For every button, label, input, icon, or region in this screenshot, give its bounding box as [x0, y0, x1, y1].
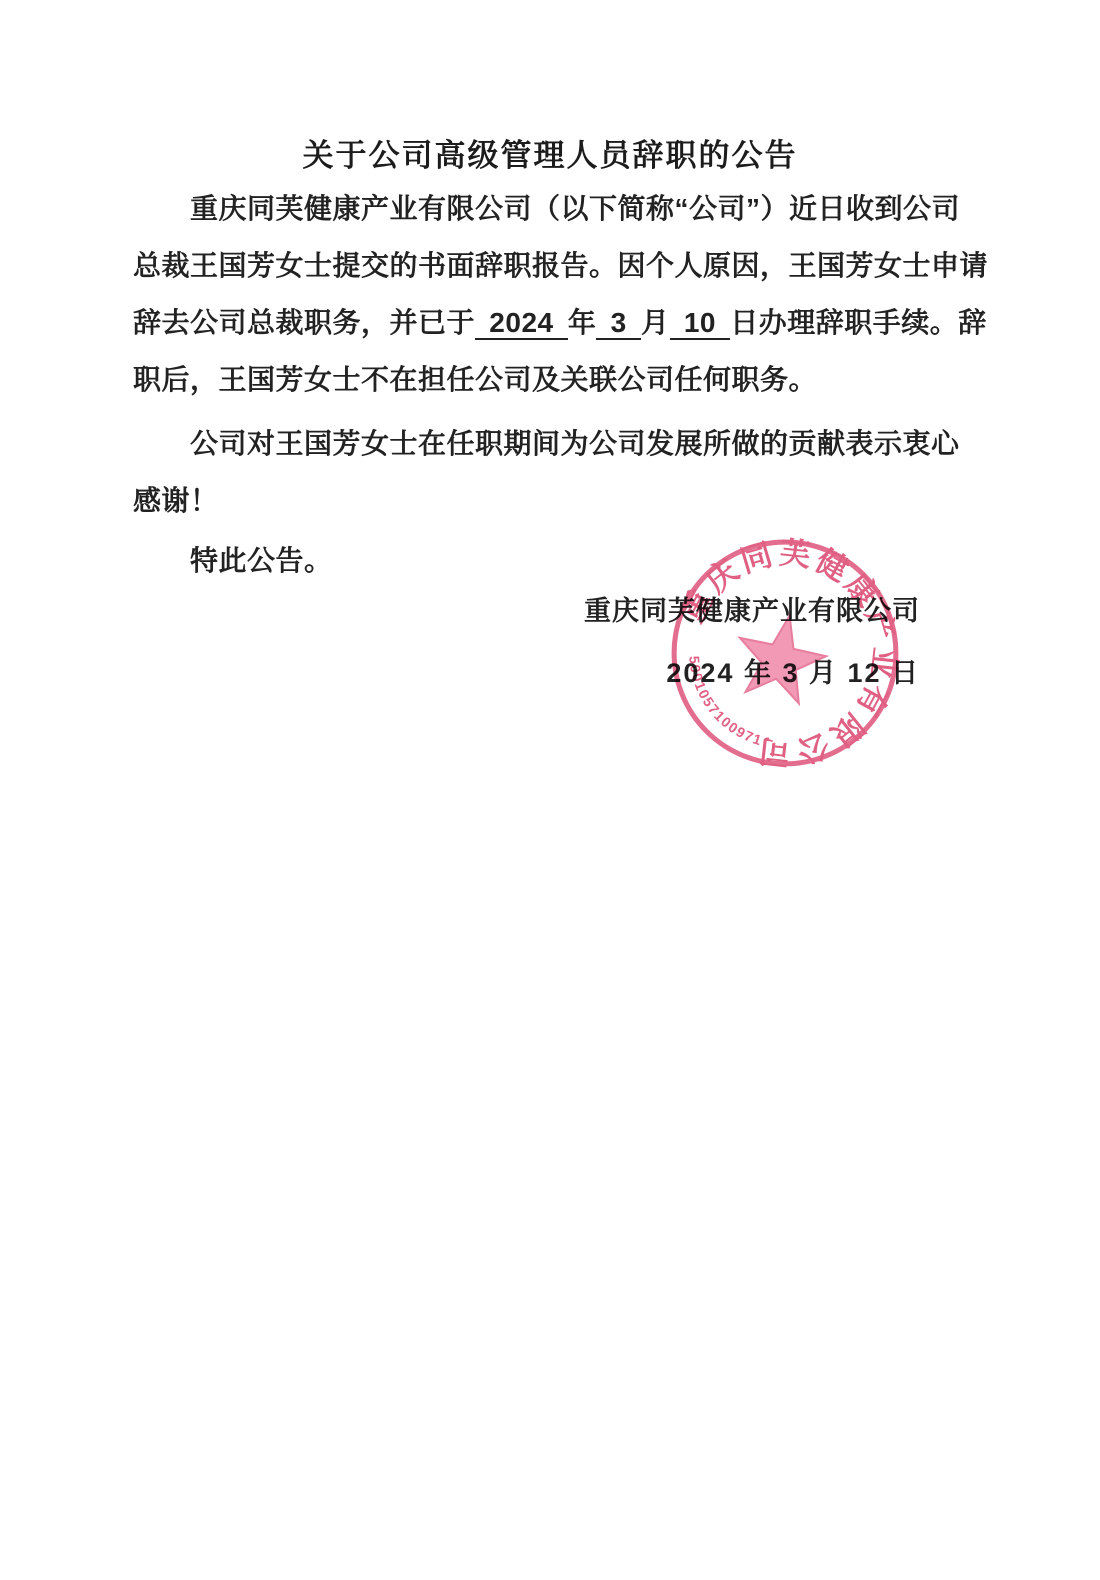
- underlined-value: 2024: [475, 307, 568, 340]
- doc-body: 重庆同芙健康产业有限公司（以下简称“公司”）近日收到公司总裁王国芳女士提交的书面…: [133, 180, 933, 589]
- signature-date: 2024 年 3 月 12 日: [584, 656, 920, 690]
- body-line: 职后，王国芳女士不在担任公司及关联公司任何职务。: [133, 351, 933, 408]
- signature-block: 重庆同芙健康产业有限公司 2024 年 3 月 12 日: [584, 594, 920, 690]
- body-text-segment: 公司对王国芳女士在任职期间为公司发展所做的贡献表示衷心: [133, 428, 960, 459]
- underlined-value: 3: [596, 307, 641, 340]
- body-line: 特此公告。: [133, 532, 933, 589]
- signature-company: 重庆同芙健康产业有限公司: [584, 594, 920, 628]
- body-text-segment: 月: [641, 307, 670, 338]
- body-text-segment: 日办理辞职手续。辞: [730, 307, 987, 338]
- body-text-segment: 感谢！: [133, 485, 219, 516]
- body-text-segment: 辞去公司总裁职务，并已于: [133, 307, 475, 338]
- body-text-segment: 职后，王国芳女士不在担任公司及关联公司任何职务。: [133, 364, 817, 395]
- body-line: 辞去公司总裁职务，并已于 2024 年 3 月 10 日办理辞职手续。辞: [133, 294, 933, 351]
- body-text-segment: 年: [568, 307, 597, 338]
- document-page: 关于公司高级管理人员辞职的公告 重庆同芙健康产业有限公司（以下简称“公司”）近日…: [0, 0, 1100, 1580]
- body-text-segment: 重庆同芙健康产业有限公司（以下简称“公司”）近日收到公司: [133, 193, 960, 224]
- body-text-segment: 特此公告。: [133, 545, 333, 576]
- body-text-segment: 总裁王国芳女士提交的书面辞职报告。因个人原因，王国芳女士申请: [133, 250, 988, 281]
- body-line: 感谢！: [133, 472, 933, 529]
- body-line: 总裁王国芳女士提交的书面辞职报告。因个人原因，王国芳女士申请: [133, 237, 933, 294]
- page-title: 关于公司高级管理人员辞职的公告: [0, 130, 1100, 175]
- underlined-value: 10: [670, 307, 731, 340]
- body-line: 公司对王国芳女士在任职期间为公司发展所做的贡献表示衷心: [133, 415, 933, 472]
- body-line: 重庆同芙健康产业有限公司（以下简称“公司”）近日收到公司: [133, 180, 933, 237]
